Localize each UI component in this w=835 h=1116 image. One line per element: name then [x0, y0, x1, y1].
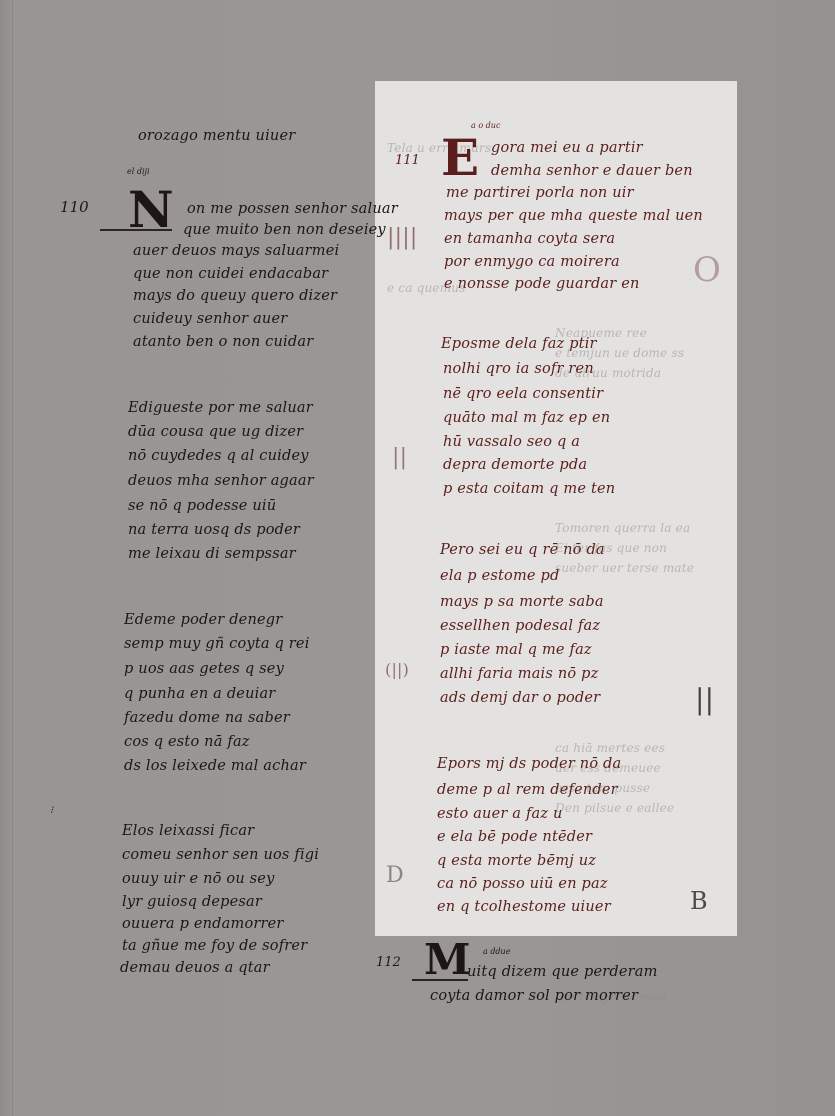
verse-line: me leixau di sempssar	[128, 546, 296, 562]
verse-line: hū vassalo seo q a	[443, 434, 580, 450]
verse-line: auer deuos mays saluarmei	[133, 243, 339, 259]
verse-line: Pero sei eu q rē nō da	[440, 542, 605, 558]
decorated-initial: E	[441, 133, 479, 183]
verse-line: ouuera p endamorrer	[122, 916, 284, 932]
verse-line: semp muy gñ coyta q rei	[124, 636, 310, 652]
verse-line: quāto mal m faz ep en	[443, 410, 610, 426]
margin-mark: (||)	[385, 660, 409, 679]
bleed-through-text: sueber uer terse mate	[555, 561, 694, 575]
verse-line: atanto ben o non cuidar	[133, 334, 313, 350]
marginal-note: a ddue	[483, 947, 510, 956]
verse-line: dūa cousa que ug dizer	[128, 424, 303, 440]
verse-line: que non cuidei endacabar	[133, 266, 328, 282]
verse-line: on me possen senhor saluar	[187, 201, 398, 217]
verse-line: q esta morte bēmj uz	[437, 853, 596, 869]
verse-line: nē qro eela consentir	[443, 386, 603, 402]
page-edge	[12, 0, 13, 1116]
decorated-initial: M	[424, 939, 471, 981]
verse-line: cuideuy senhor auer	[133, 311, 287, 327]
margin-mark: ||	[695, 683, 714, 716]
verse-line: fazedu dome na saber	[124, 710, 290, 726]
verse-line: ouuy uir e nō ou sey	[122, 871, 274, 887]
verse-line: deme p al rem defender	[437, 782, 618, 798]
marginal-note: el diji	[127, 167, 150, 176]
verse-line: deuos mha senhor agaar	[128, 473, 314, 489]
verse-line: demau deuos a qtar	[120, 960, 270, 976]
verse-line: mays per que mha queste mal uen	[444, 208, 703, 224]
verse-line: depra demorte pda	[443, 457, 587, 473]
verse-line: nō cuydedes q al cuidey	[128, 448, 309, 464]
verse-line: ela p estome pd	[440, 568, 559, 584]
verse-line: mays p sa morte saba	[440, 594, 604, 610]
manuscript-page: Tela u ennus grur e ca quemus Allelai gr…	[0, 0, 835, 1116]
verse-line: e nonsse pode guardar en	[444, 276, 640, 292]
verse-line: lyr guiosq depesar	[122, 894, 262, 910]
margin-mark: D	[386, 863, 404, 888]
verse-line: que muito ben non deseiey	[183, 222, 386, 238]
verse-line: en q tcolhestome uiuer	[437, 899, 611, 915]
verse-line: allhi faria mais nō pz	[440, 666, 598, 682]
verse-line: por enmygo ca moirera	[444, 254, 620, 270]
margin-mark: ||||	[387, 225, 417, 250]
poem-number: 111	[395, 153, 420, 168]
margin-mark: ⁝	[50, 805, 53, 816]
poem-number: 110	[60, 198, 89, 216]
verse-line: esto auer a faz u	[437, 806, 563, 822]
verse-line: ads demj dar o poder	[440, 690, 600, 706]
initial-flourish	[412, 979, 468, 981]
verse-line: e ela bē pode ntēder	[437, 829, 592, 845]
bleed-through-text: ca hiā mertes ees	[555, 741, 665, 755]
margin-mark: B	[690, 887, 708, 915]
verse-line: Elos leixassi ficar	[122, 823, 254, 839]
carryover-line: orozago mentu uiuer	[138, 128, 295, 144]
verse-line: Edigueste por me saluar	[128, 400, 313, 416]
verse-line: ta gñue me foy de sofrer	[122, 938, 307, 954]
verse-line: p uos aas getes q sey	[124, 661, 284, 677]
verse-line: comeu senhor sen uos figi	[122, 847, 319, 863]
verse-line: demha senhor e dauer ben	[491, 163, 693, 179]
verse-line: uitq dizem que perderam	[467, 964, 658, 980]
bleed-through-text: Tomoren querra la ea	[555, 521, 690, 535]
verse-line: p iaste mal q me faz	[440, 642, 592, 658]
verse-line: p esta coitam q me ten	[443, 481, 615, 497]
verse-line: nolhi qro ia sofr ren	[443, 361, 594, 377]
verse-line: mays do queuy quero dizer	[133, 288, 337, 304]
verse-line: gora mei eu a partir	[491, 140, 643, 156]
verse-line: Edeme poder denegr	[124, 612, 282, 628]
margin-mark: O	[693, 250, 721, 290]
bleed-through-text: Den pilsue e eallee	[555, 801, 674, 815]
initial-flourish	[100, 229, 172, 231]
poem-number: 112	[376, 955, 401, 970]
verse-line: se nō q podesse uiū	[128, 498, 276, 514]
decorated-initial: N	[128, 185, 174, 235]
verse-line: ca nō posso uiū en paz	[437, 876, 608, 892]
verse-line: me partirei porla non uir	[446, 185, 634, 201]
margin-mark: ||	[392, 445, 407, 470]
verse-line: q punha en a deuiar	[124, 686, 275, 702]
verse-line: Epors mj ds poder nō da	[437, 756, 621, 772]
verse-line: ds los leixede mal achar	[124, 758, 306, 774]
verse-line: cos q esto nā faz	[124, 734, 250, 750]
verse-line: essellhen podesal faz	[440, 618, 600, 634]
verse-line: na terra uosq ds poder	[128, 522, 300, 538]
verse-line: Eposme dela faz ptir	[441, 336, 597, 352]
verse-line: coyta damor sol por morrer	[430, 988, 638, 1004]
verse-line: en tamanha coyta sera	[444, 231, 615, 247]
